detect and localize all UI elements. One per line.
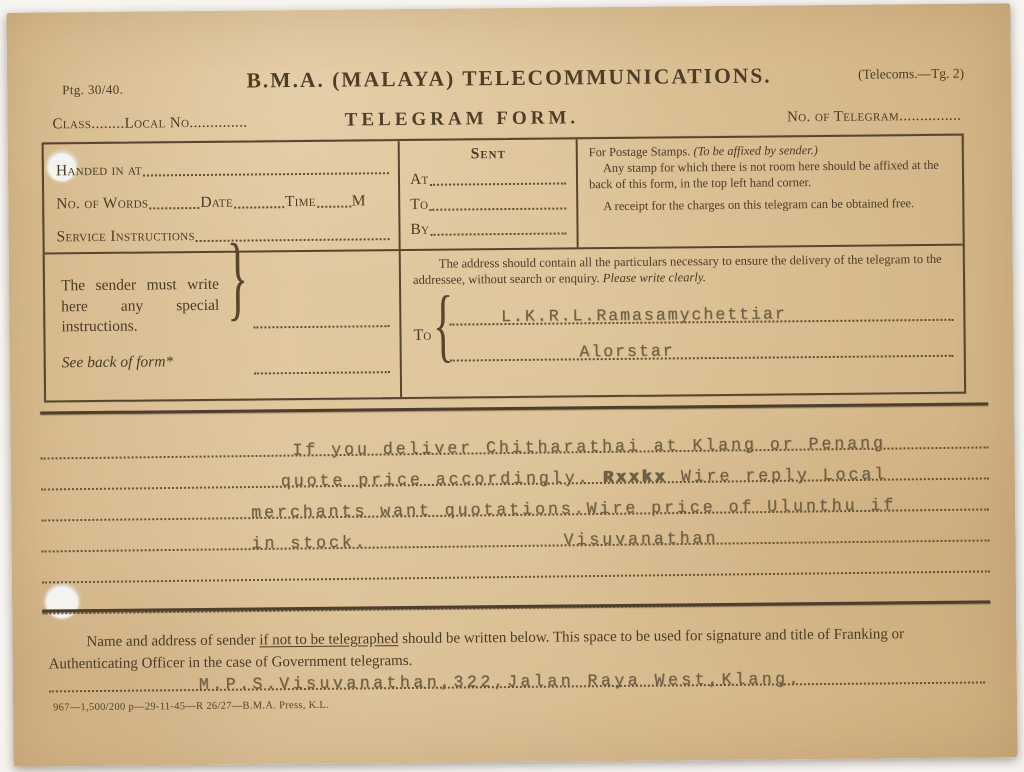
dotted-leader [430, 230, 566, 235]
divider-rule-top [40, 402, 988, 414]
to-address-block: To { L.K.R.L.Ramasamychettiar Alorstar [413, 284, 954, 361]
typed-destination: Alorstar [579, 341, 674, 361]
typed-sender-address: M.P.S.Visuvanathan,322,Jalan Raya West,K… [199, 669, 802, 694]
sent-at-label: At [410, 171, 429, 189]
telegram-form: Ptg. 30/40. B.M.A. (MALAYA) TELECOMMUNIC… [6, 3, 1017, 767]
sent-to-field: To [410, 194, 567, 214]
dotted-leader [317, 204, 351, 208]
postage-rule-1: Any stamp for which there is not room he… [589, 157, 951, 193]
dotted-leader [196, 236, 390, 242]
date-label: Date [200, 194, 233, 212]
to-label: To [413, 326, 431, 344]
meridiem-label: M [352, 192, 366, 210]
dotted-leader [234, 204, 284, 208]
office-use-box: Handed in at No. of Words Date Time M Se… [42, 134, 966, 403]
see-back-note: See back of form* [62, 353, 220, 373]
address-write-lines: L.K.R.L.Ramasamychettiar Alorstar [449, 284, 954, 361]
instruction-write-line-2 [254, 371, 390, 374]
dotted-leader [149, 205, 199, 209]
footer-note-text: Name and address of sender [86, 632, 259, 650]
sent-at-field: At [410, 169, 567, 189]
address-note: The address should contain all the parti… [413, 251, 953, 289]
dotted-leader [430, 180, 567, 185]
instruction-write-area [249, 273, 394, 388]
dotted-leader [143, 170, 389, 176]
office-row-bottom: The sender must write here any special i… [45, 246, 964, 401]
sender-instructions-text: The sender must write here any special i… [61, 275, 220, 338]
instruction-write-line-1 [253, 325, 389, 328]
handed-in-label: Handed in at [56, 162, 142, 181]
telegram-no-label: No. of Telegram............... [787, 108, 962, 127]
sent-to-label: To [410, 196, 428, 214]
form-ref-telecoms: (Telecoms.—Tg. 2) [858, 66, 964, 83]
postage-intro-text: For Postage Stamps. [589, 144, 694, 159]
form-header: Ptg. 30/40. B.M.A. (MALAYA) TELECOMMUNIC… [52, 62, 966, 103]
form-subtitle: TELEGRAM FORM. [52, 105, 871, 135]
sent-by-field: By [410, 219, 567, 239]
address-section: The address should contain all the parti… [401, 246, 964, 397]
message-area: If you deliver Chitharathai at Klang or … [40, 417, 990, 614]
postage-intro-italic: (To be affixed by sender.) [693, 143, 818, 158]
no-of-words-label: No. of Words [56, 194, 148, 213]
dotted-leader [429, 205, 566, 210]
address-line-1: L.K.R.L.Ramasamychettiar [449, 284, 954, 325]
sent-title: Sent [410, 144, 567, 164]
sender-instructions-section: The sender must write here any special i… [45, 251, 402, 400]
opening-brace: { [433, 285, 450, 367]
service-instructions-label: Service Instructions [56, 227, 194, 246]
form-subheader: Class........Local No.............. TELE… [52, 101, 969, 135]
address-line-2: Alorstar [449, 320, 954, 361]
printer-imprint: 967—1,500/200 p—29-11-45—R 26/27—B.M.A. … [53, 700, 329, 714]
office-row-top: Handed in at No. of Words Date Time M Se… [44, 136, 963, 255]
footer-note-underlined: if not to be telegraphed [259, 631, 398, 648]
handed-in-section: Handed in at No. of Words Date Time M Se… [44, 141, 401, 252]
address-note-italic: Please write clearly. [603, 270, 706, 285]
service-instructions-field: Service Instructions [56, 225, 390, 246]
closing-brace: } [227, 231, 249, 446]
time-label: Time [285, 193, 316, 211]
sender-instructions-textblock: The sender must write here any special i… [61, 275, 220, 391]
form-main-title: B.M.A. (MALAYA) TELECOMMUNICATIONS. [52, 62, 966, 96]
scan-background: Ptg. 30/40. B.M.A. (MALAYA) TELECOMMUNIC… [0, 0, 1024, 772]
sent-box: Sent At To By [400, 139, 579, 249]
handed-in-field: Handed in at [56, 159, 390, 180]
postage-stamps-note: For Postage Stamps. (To be affixed by se… [578, 136, 963, 248]
sent-by-label: By [410, 221, 429, 239]
words-date-time-field: No. of Words Date Time M [56, 192, 390, 213]
postage-rule-2: A receipt for the charges on this telegr… [589, 195, 951, 215]
